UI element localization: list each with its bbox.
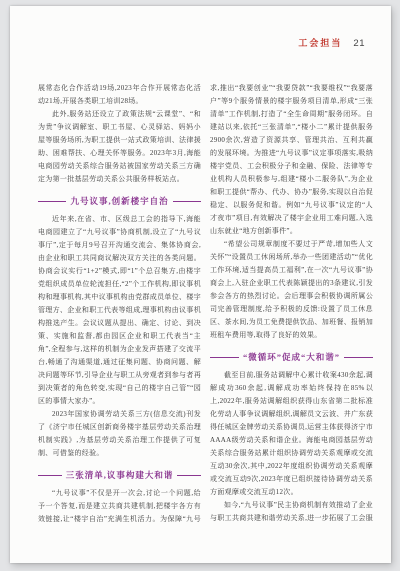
section-heading-text: 三张清单,议事构建大和谐 [62, 469, 178, 481]
magazine-page: 工会担当 21 展常态化合作活动19场,2023年合作开展常态化活动21场,开展… [10, 6, 391, 563]
paragraph: 2023年国家协调劳动关系三方(信息交流)刊发了《济宁市任城区创新商务楼宇基层劳… [38, 408, 201, 460]
heading-rule-left [210, 357, 239, 358]
paragraph: 近年来,在省、市、区级总工会的指导下,海能电商园建立了“九号议事”协商机制,设立… [38, 213, 201, 408]
column-right: 求,推出“我要创业”“我要贷款”“我要维权”“我要落户”等9个服务情景的楼宇服务… [210, 82, 373, 525]
paragraph: “九号议事”不仅是开一次会,讨论一个问题,给予一个答复,而是建立共商共建机制,把… [38, 487, 201, 525]
page-number: 21 [353, 38, 365, 49]
paragraph: “希望公司规章制度不要过于严苛,增加些人文关怀”“设置员工休闲场所,举办一些团建… [210, 238, 373, 342]
page-header: 工会担当 21 [298, 36, 365, 49]
section-heading-text: “微循环”促成“大和谐” [239, 351, 344, 363]
paragraph: 如今,“九号议事”民主协商机制有效推动了企业与职工共商共建和谐劳动关系,进一步拓… [210, 499, 373, 525]
article-columns: 展常态化合作活动19场,2023年合作开展常态化活动21场,开展各类职工培训28… [38, 82, 373, 525]
section-heading: “微循环”促成“大和谐” [210, 351, 373, 363]
heading-rule-right [344, 357, 373, 358]
scan-background: 工会担当 21 展常态化合作活动19场,2023年合作开展常态化活动21场,开展… [0, 0, 400, 571]
heading-rule-right [173, 201, 201, 202]
section-heading: 九号议事,创新楼宇自治 [38, 195, 201, 207]
paragraph: 展常态化合作活动19场,2023年合作开展常态化活动21场,开展各类职工培训28… [38, 82, 201, 108]
heading-rule-right [177, 475, 201, 476]
paragraph: 此外,服务站还设立了政策法规“云课堂”、“和为贵”争议调解室、职工书屋、心灵驿站… [38, 108, 201, 186]
section-heading: 三张清单,议事构建大和谐 [38, 469, 201, 481]
section-tag: 工会担当 [298, 36, 342, 49]
paragraph: 截至目前,服务站调解中心累计收案430余起,调解成功360余起,调解成功率始终保… [210, 369, 373, 499]
paragraph: 求,推出“我要创业”“我要贷款”“我要维权”“我要落户”等9个服务情景的楼宇服务… [210, 82, 373, 238]
heading-rule-left [38, 475, 62, 476]
column-left: 展常态化合作活动19场,2023年合作开展常态化活动21场,开展各类职工培训28… [38, 82, 201, 525]
section-heading-text: 九号议事,创新楼宇自治 [66, 195, 172, 207]
heading-rule-left [38, 201, 66, 202]
